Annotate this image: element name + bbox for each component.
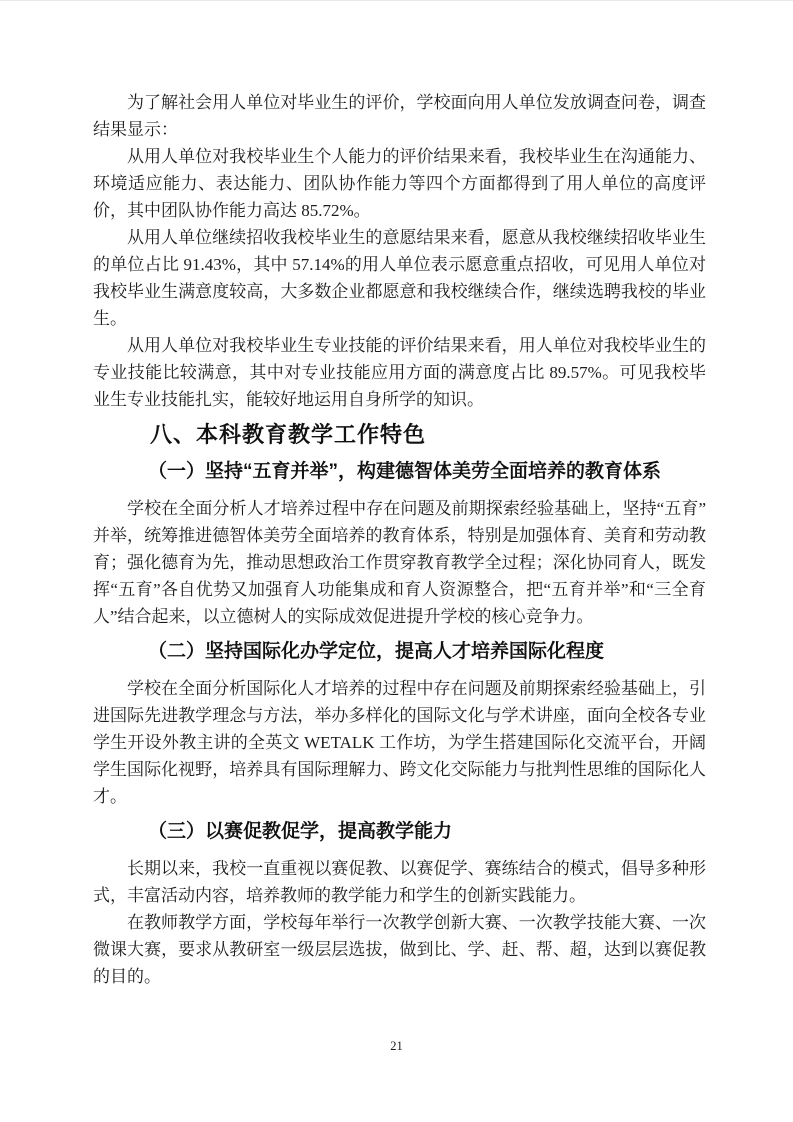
- paragraph: 学校在全面分析人才培养过程中存在问题及前期探索经验基础上，坚持“五育”并举，统筹…: [93, 495, 706, 630]
- section-heading: 八、本科教育教学工作特色: [93, 420, 706, 450]
- paragraph: 为了解社会用人单位对毕业生的评价，学校面向用人单位发放调查问卷，调查结果显示：: [93, 89, 706, 143]
- subsection-heading: （二）坚持国际化办学定位，提高人才培养国际化程度: [93, 637, 706, 667]
- paragraph: 从用人单位对我校毕业生专业技能的评价结果来看，用人单位对我校毕业生的专业技能比较…: [93, 332, 706, 413]
- page-number: 21: [0, 1039, 793, 1054]
- page-body: 为了解社会用人单位对毕业生的评价，学校面向用人单位发放调查问卷，调查结果显示： …: [93, 89, 706, 990]
- paragraph: 从用人单位继续招收我校毕业生的意愿结果来看，愿意从我校继续招收毕业生的单位占比 …: [93, 224, 706, 332]
- paragraph: 学校在全面分析国际化人才培养的过程中存在问题及前期探索经验基础上，引进国际先进教…: [93, 675, 706, 810]
- paragraph: 长期以来，我校一直重视以赛促教、以赛促学、赛练结合的模式，倡导多种形式，丰富活动…: [93, 855, 706, 909]
- paragraph: 从用人单位对我校毕业生个人能力的评价结果来看，我校毕业生在沟通能力、环境适应能力…: [93, 143, 706, 224]
- subsection-heading: （三）以赛促教促学，提高教学能力: [93, 817, 706, 847]
- document-page: 为了解社会用人单位对毕业生的评价，学校面向用人单位发放调查问卷，调查结果显示： …: [0, 0, 793, 1122]
- subsection-heading: （一）坚持“五育并举”，构建德智体美劳全面培养的教育体系: [93, 457, 706, 487]
- paragraph: 在教师教学方面，学校每年举行一次教学创新大赛、一次教学技能大赛、一次微课大赛，要…: [93, 909, 706, 990]
